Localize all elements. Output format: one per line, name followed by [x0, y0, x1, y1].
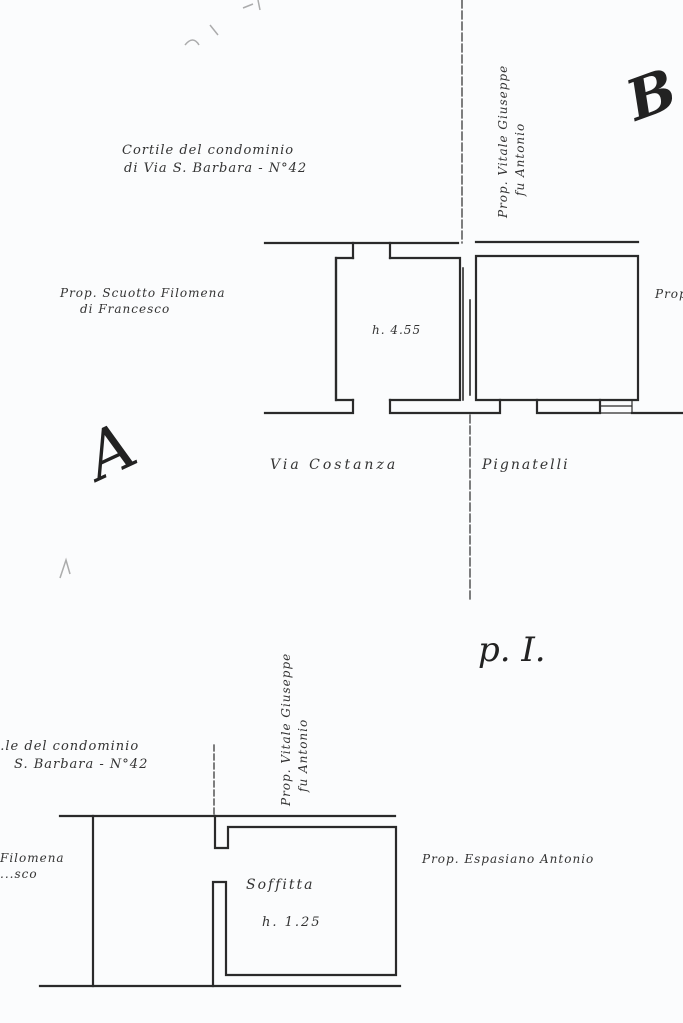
- attic-neighbor-left-label: Filomena ...sco: [0, 850, 65, 882]
- neighbor-top-line2: fu Antonio: [512, 65, 529, 218]
- neighbor-left-line1: Prop. Scuotto Filomena: [60, 285, 226, 301]
- street-label-part2: Pignatelli: [482, 456, 570, 475]
- attic-room-height: h. 1.25: [262, 914, 322, 932]
- attic-neighbor-top-line1: Prop. Vitale Giuseppe: [278, 653, 295, 806]
- courtyard-label: Cortile del condominio di Via S. Barbara…: [122, 142, 307, 177]
- wall-bottom: [265, 400, 353, 413]
- attic-neighbor-right-label: Prop. Espasiano Antonio: [422, 851, 594, 867]
- attic-courtyard-line2: S. Barbara - N°42: [0, 756, 148, 774]
- neighbor-left-line2: di Francesco: [60, 301, 226, 317]
- courtyard-label-line1: Cortile del condominio: [122, 142, 307, 160]
- attic-courtyard-line1: ...le del condominio: [0, 738, 148, 756]
- attic-neighbor-left-line2: ...sco: [0, 866, 65, 882]
- floor-label: p. I.: [478, 630, 546, 670]
- room-right: [476, 256, 638, 400]
- room-height-label: h. 4.55: [372, 322, 421, 338]
- street-label-part1: Via Costanza: [270, 456, 398, 475]
- attic-neighbor-top-label: Prop. Vitale Giuseppe fu Antonio: [278, 653, 313, 806]
- attic-courtyard-label: ...le del condominio S. Barbara - N°42: [0, 738, 148, 773]
- attic-neighbor-left-line1: Filomena: [0, 850, 65, 866]
- courtyard-label-line2: di Via S. Barbara - N°42: [122, 160, 307, 178]
- attic-neighbor-top-line2: fu Antonio: [295, 653, 312, 806]
- neighbor-right-label: Prop.: [655, 286, 683, 302]
- neighbor-left-label: Prop. Scuotto Filomena di Francesco: [60, 285, 226, 317]
- floor-plan-drawing: [0, 0, 683, 1023]
- neighbor-top-label: Prop. Vitale Giuseppe fu Antonio: [495, 65, 530, 218]
- attic-room-name: Soffitta: [246, 876, 314, 895]
- neighbor-top-line1: Prop. Vitale Giuseppe: [495, 65, 512, 218]
